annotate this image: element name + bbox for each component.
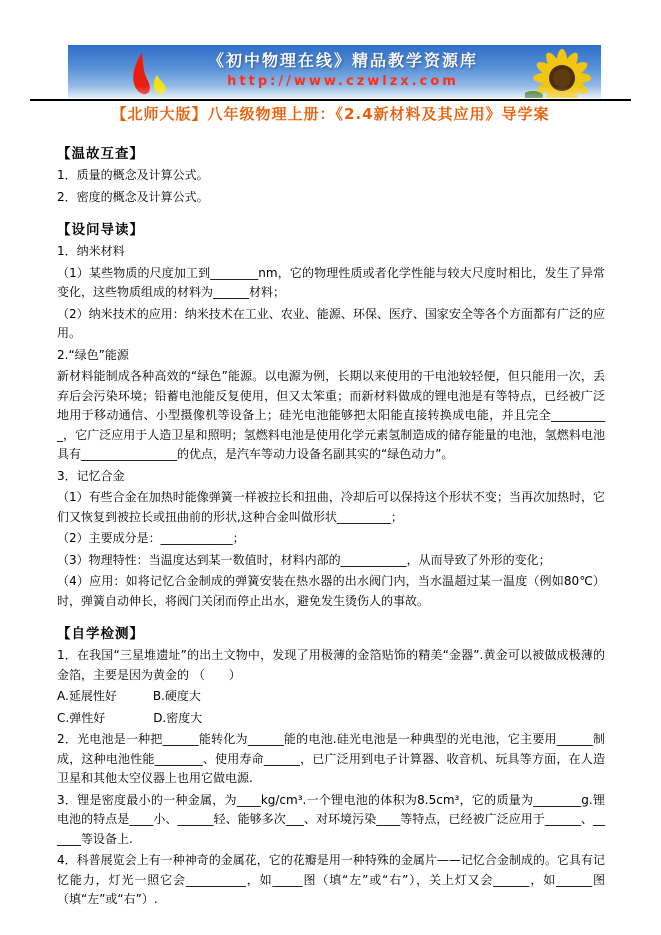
fill-blank-item: （2）主要成分是：____________； bbox=[57, 529, 605, 549]
header-divider bbox=[30, 99, 631, 101]
fill-blank-item: 新材料能制成各种高效的“绿色”能源。以电源为例，长期以来使用的干电池较轻便，但只… bbox=[57, 367, 605, 465]
section-header-self-test: 【自学检测】 bbox=[57, 622, 605, 642]
review-item: 2．密度的概念及计算公式。 bbox=[57, 188, 605, 208]
fill-blank-item: （4）应用：如将记忆合金制成的弹簧安装在热水器的出水阀门内，当水温超过某一温度（… bbox=[57, 572, 605, 611]
fill-blank-item: （1）某些物质的尺度加工到________nm，它的物理性质或者化学性能与较大尺… bbox=[57, 264, 605, 303]
topic-nano-materials: 1．纳米材料 bbox=[57, 242, 605, 262]
site-title: 《初中物理在线》精品教学资源库 bbox=[178, 48, 508, 71]
question-item: 1．在我国“三星堆遗址”的出土文物中，发现了用极薄的金箔贴饰的精美“金器”.黄金… bbox=[57, 646, 605, 685]
section-header-guided-reading: 【设问导读】 bbox=[57, 218, 605, 238]
question-item: 4．科普展览会上有一种神奇的金属花，它的花瓣是用一种特殊的金属片——记忆合金制成… bbox=[57, 851, 605, 910]
worksheet-page: 《初中物理在线》精品教学资源库 http://www.czwlzx.com bbox=[0, 0, 661, 935]
review-item: 1．质量的概念及计算公式。 bbox=[57, 166, 605, 186]
choice-row-cd: C.弹性好 D.密度大 bbox=[57, 709, 605, 729]
flame-logo-icon bbox=[126, 51, 174, 97]
fill-blank-item: （1）有些合金在加热时能像弹簧一样被拉长和扭曲，冷却后可以保持这个形状不变；当再… bbox=[57, 488, 605, 527]
question-item: 3．锂是密度最小的一种金属，为____kg/cm³.一个锂电池的体积为8.5cm… bbox=[57, 791, 605, 850]
question-item: 2．光电池是一种把______能转化为______能的电池.硅光电池是一种典型的… bbox=[57, 730, 605, 789]
choice-row-ab: A.延展性好 B.硬度大 bbox=[57, 687, 605, 707]
banner-text-block: 《初中物理在线》精品教学资源库 http://www.czwlzx.com bbox=[178, 48, 508, 89]
site-banner: 《初中物理在线》精品教学资源库 http://www.czwlzx.com bbox=[68, 45, 601, 98]
section-header-review: 【温故互查】 bbox=[57, 142, 605, 162]
site-url-link[interactable]: http://www.czwlzx.com bbox=[178, 74, 508, 89]
topic-green-energy: 2.“绿色”能源 bbox=[57, 346, 605, 366]
fill-blank-item: （2）纳米技术的应用：纳米技术在工业、农业、能源、环保、医疗、国家安全等各个方面… bbox=[57, 305, 605, 344]
fill-blank-item: （3）物理特性：当温度达到某一数值时，材料内部的___________，从而导致… bbox=[57, 551, 605, 571]
sunflower-icon bbox=[525, 45, 599, 98]
topic-memory-alloy: 3．记忆合金 bbox=[57, 467, 605, 487]
page-title: 【北师大版】八年级物理上册：《2.4新材料及其应用》导学案 bbox=[0, 103, 661, 124]
document-content: 【温故互查】 1．质量的概念及计算公式。 2．密度的概念及计算公式。 【设问导读… bbox=[57, 142, 605, 912]
